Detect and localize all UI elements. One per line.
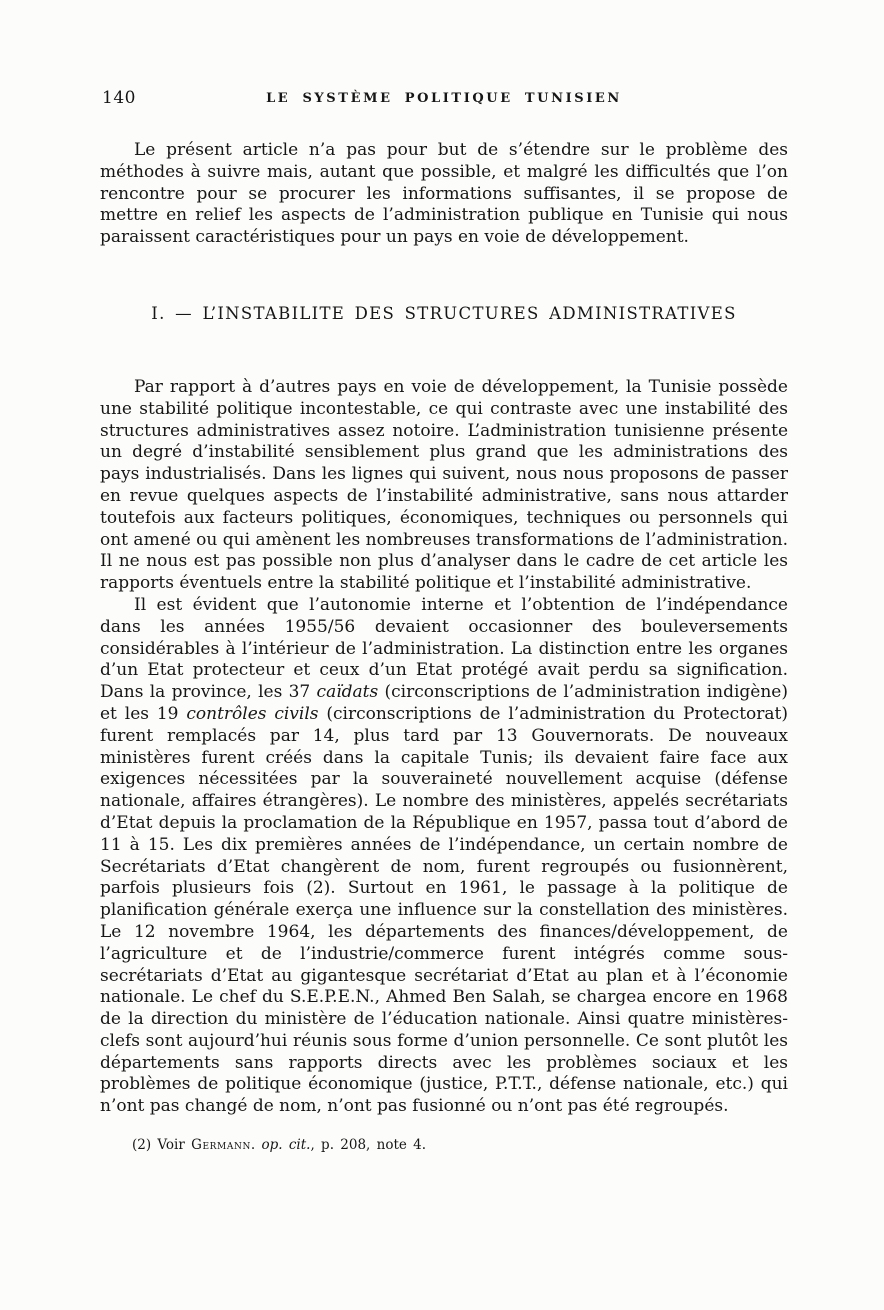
section-heading: I. — L’INSTABILITE DES STRUCTURES ADMINI… bbox=[100, 303, 788, 325]
footnote: (2) Voir Germann. op. cit., p. 208, note… bbox=[100, 1136, 788, 1154]
intro-paragraph: Le présent article n’a pas pour but de s… bbox=[100, 140, 788, 249]
paragraph: Par rapport à d’autres pays en voie de d… bbox=[100, 377, 788, 595]
page-header: 140 LE SYSTÈME POLITIQUE TUNISIEN bbox=[100, 88, 788, 112]
article-body: Le présent article n’a pas pour but de s… bbox=[100, 140, 788, 1154]
document-page: 140 LE SYSTÈME POLITIQUE TUNISIEN Le pré… bbox=[0, 0, 884, 1310]
paragraph: Il est évident que l’autonomie interne e… bbox=[100, 595, 788, 1118]
running-head: LE SYSTÈME POLITIQUE TUNISIEN bbox=[100, 88, 788, 106]
page-number: 140 bbox=[102, 88, 136, 108]
